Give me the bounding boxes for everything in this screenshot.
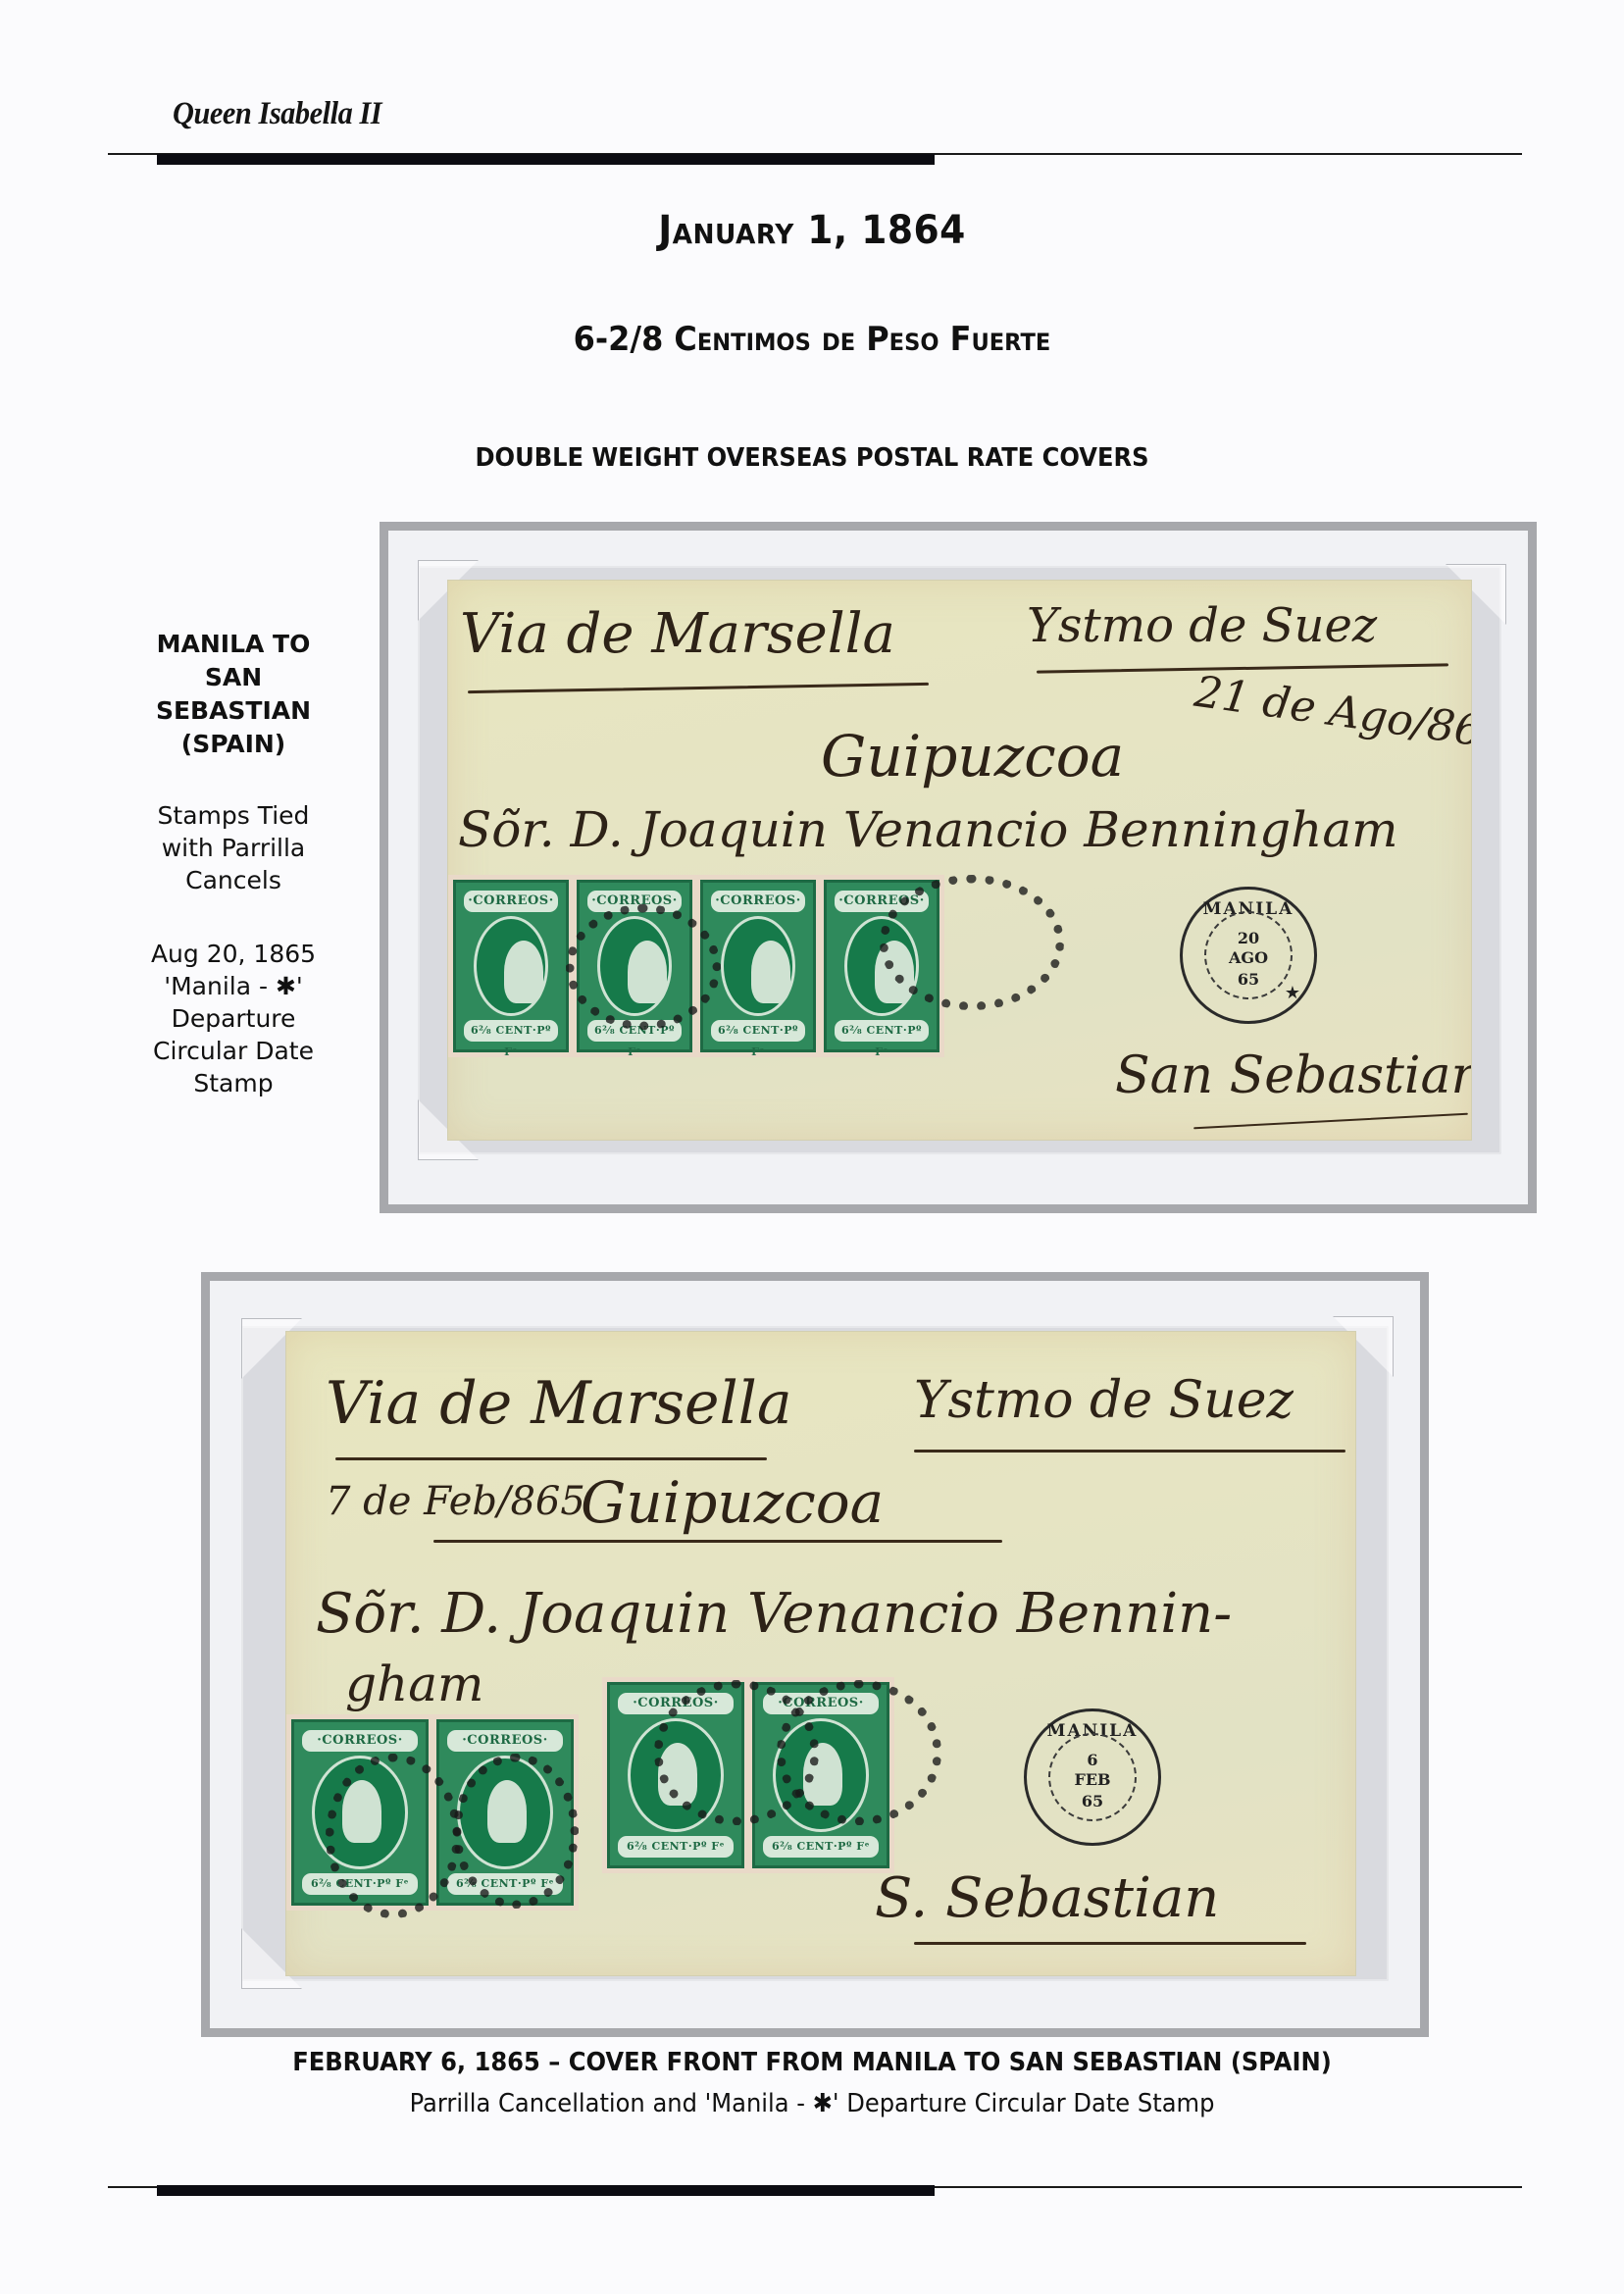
stamp-label-bottom: 6²⁄₈ CENT·Pº Fᵉ: [711, 1020, 805, 1042]
ink-underline: [1193, 1113, 1468, 1130]
postmark-year: 65: [1027, 1792, 1158, 1810]
route-note: MANILA TO SAN SEBASTIAN (SPAIN): [116, 628, 351, 761]
ink-underline: [468, 683, 929, 693]
parrilla-cancel: [566, 904, 721, 1030]
stamp-value-heading: 6-2/8 Centimos de Peso Fuerte: [49, 320, 1576, 359]
province: Guipuzcoa: [581, 1469, 884, 1536]
section-subtitle: DOUBLE WEIGHT OVERSEAS POSTAL RATE COVER…: [57, 443, 1567, 473]
route-note-handwritten: Ystmo de Suez: [1027, 598, 1377, 653]
stamp-label-bottom: 6²⁄₈ CENT·Pº Fᵉ: [763, 1836, 879, 1858]
destination-city: S. Sebastian: [875, 1866, 1219, 1930]
cover-front-1: Via de Marsella Ystmo de Suez 21 de Ago/…: [448, 581, 1471, 1140]
stamp-label-bottom: 6²⁄₈ CENT·Pº Fᵉ: [835, 1020, 929, 1042]
postmark-note-line: Circular Date: [116, 1035, 351, 1067]
postmark-month: AGO: [1183, 948, 1314, 967]
addressee: Sõr. D. Joaquin Venancio Benningham: [458, 801, 1398, 858]
postmark-city: MANILA: [1027, 1721, 1158, 1741]
route-note-handwritten: Ystmo de Suez: [914, 1371, 1294, 1430]
cover-caption-subtitle: Parrilla Cancellation and 'Manila - ✱' D…: [57, 2089, 1567, 2118]
cover-frame-1: Via de Marsella Ystmo de Suez 21 de Ago/…: [380, 522, 1537, 1213]
date-note: 7 de Feb/865: [326, 1479, 585, 1524]
stamp: ·CORREOS· 6²⁄₈ CENT·Pº Fᵉ: [453, 880, 569, 1052]
cancel-note-line: with Parrilla: [116, 832, 351, 864]
via-note: Via de Marsella: [460, 602, 895, 666]
cancel-note: Stamps Tied with Parrilla Cancels: [116, 799, 351, 896]
date-note: 21 de Ago/865: [1192, 667, 1471, 761]
ink-underline: [914, 1450, 1345, 1453]
postmark-month: FEB: [1027, 1770, 1158, 1789]
route-line: (SPAIN): [116, 728, 351, 761]
postmark-day: 20: [1183, 929, 1314, 947]
parrilla-cancel: [880, 875, 1064, 1010]
ink-underline: [914, 1942, 1306, 1945]
postmark-note-line: Aug 20, 1865: [116, 938, 351, 970]
postmark-day: 6: [1027, 1751, 1158, 1769]
postmark-cds: MANILA 6 FEB 65: [1024, 1708, 1161, 1846]
issue-date-heading: January 1, 1864: [49, 208, 1576, 253]
postmark-note-line: 'Manila - ✱': [116, 970, 351, 1002]
cover-caption-title: FEBRUARY 6, 1865 – COVER FRONT FROM MANI…: [57, 2048, 1567, 2077]
route-line: SAN: [116, 661, 351, 694]
addressee-continuation: gham: [345, 1656, 483, 1712]
parrilla-cancel: [777, 1680, 941, 1825]
province: Guipuzcoa: [821, 723, 1124, 790]
destination-city: San Sebastian: [1115, 1046, 1471, 1105]
route-line: SEBASTIAN: [116, 694, 351, 728]
header-rule-thick: [157, 154, 935, 165]
via-note: Via de Marsella: [326, 1369, 792, 1438]
parrilla-cancel: [326, 1754, 461, 1918]
cover-front-2: Via de Marsella Ystmo de Suez 7 de Feb/8…: [286, 1332, 1355, 1975]
postmark-note-line: Stamp: [116, 1067, 351, 1099]
footer-rule-thick: [157, 2185, 935, 2196]
ink-underline: [433, 1540, 1002, 1543]
cancel-note-line: Cancels: [116, 864, 351, 896]
running-title: Queen Isabella II: [173, 96, 381, 132]
stamp-portrait: [721, 916, 795, 1016]
queen-portrait-icon: [504, 941, 543, 1003]
star-icon: ★: [1285, 983, 1300, 1003]
stamp-label-bottom: 6²⁄₈ CENT·Pº Fᵉ: [618, 1836, 734, 1858]
stamp-label-top: ·CORREOS·: [711, 891, 805, 912]
parrilla-cancel: [453, 1754, 579, 1909]
queen-portrait-icon: [751, 941, 790, 1003]
postmark-note-line: Departure: [116, 1002, 351, 1035]
stamp-portrait: [474, 916, 548, 1016]
postmark-note: Aug 20, 1865 'Manila - ✱' Departure Circ…: [116, 938, 351, 1099]
stamp-label-bottom: 6²⁄₈ CENT·Pº Fᵉ: [464, 1020, 558, 1042]
postmark-city: MANILA: [1183, 899, 1314, 919]
cover-frame-2: Via de Marsella Ystmo de Suez 7 de Feb/8…: [201, 1272, 1429, 2037]
route-line: MANILA TO: [116, 628, 351, 661]
postmark-cds: MANILA 20 AGO 65 ★: [1180, 887, 1317, 1024]
cancel-note-line: Stamps Tied: [116, 799, 351, 832]
stamp-label-top: ·CORREOS·: [464, 891, 558, 912]
ink-underline: [335, 1457, 767, 1460]
stamp-label-top: ·CORREOS·: [302, 1730, 418, 1752]
addressee: Sõr. D. Joaquin Venancio Bennin-: [316, 1582, 1232, 1646]
stamp-label-top: ·CORREOS·: [447, 1730, 563, 1752]
